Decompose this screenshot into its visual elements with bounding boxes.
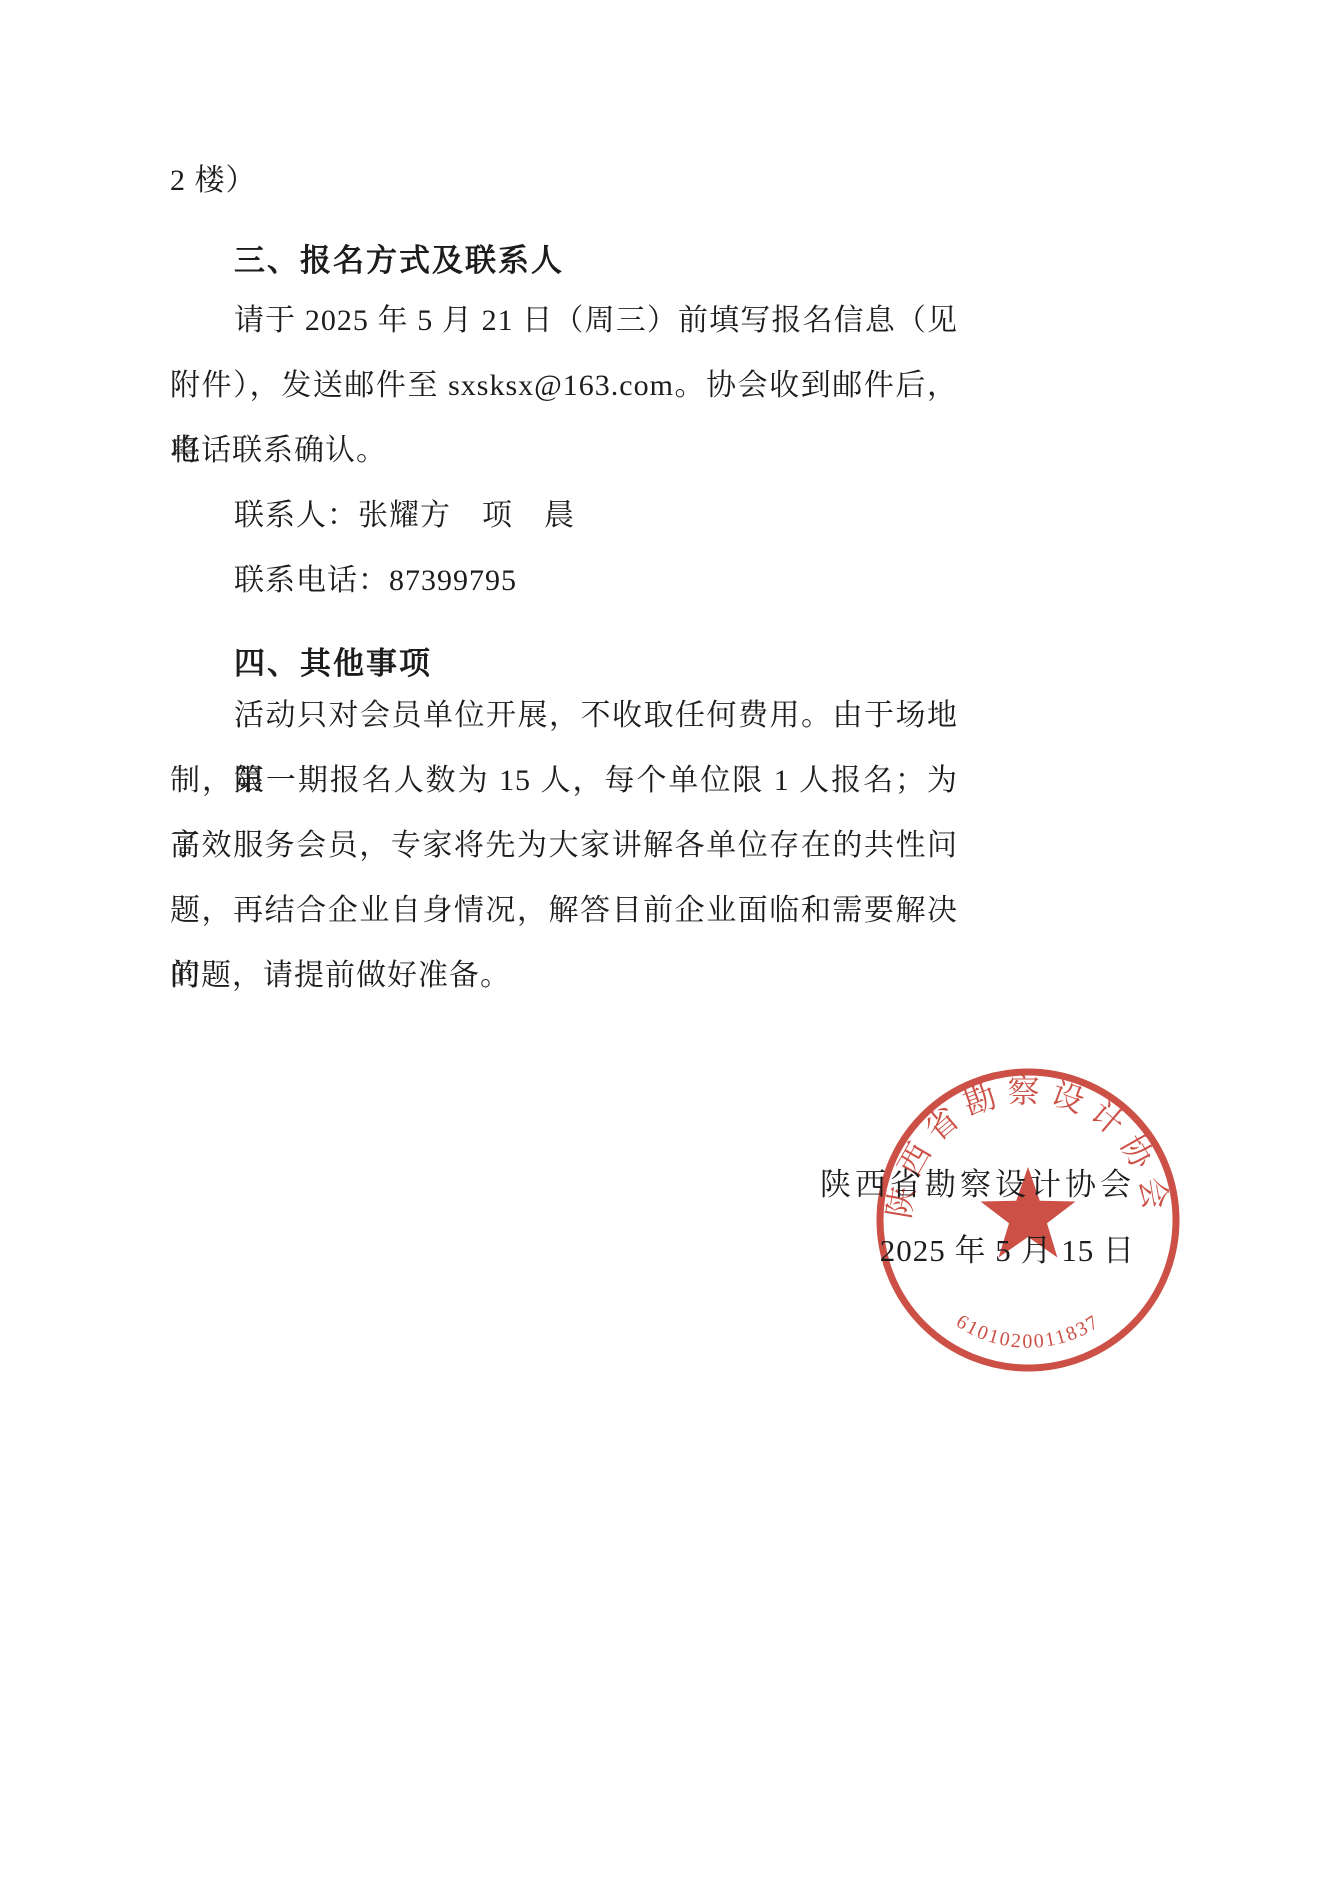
section-heading-4: 四、其他事项 [170, 638, 958, 683]
signature-org: 陕西省勘察设计协会 [820, 1152, 1135, 1218]
contact-person-line: 联系人：张耀方 项 晨 [170, 483, 958, 548]
paragraph-line: 请于 2025 年 5 月 21 日（周三）前填写报名信息（见 [170, 288, 958, 353]
paragraph-line: 制，第一期报名人数为 15 人，每个单位限 1 人报名；为了 [170, 748, 958, 813]
section-heading-3: 三、报名方式及联系人 [170, 235, 958, 280]
paragraph-line: 题，再结合企业自身情况，解答目前企业面临和需要解决的 [170, 878, 958, 943]
seal-code-text: 6101020011837 [952, 1311, 1104, 1353]
paragraph-line: 高效服务会员，专家将先为大家讲解各单位存在的共性问 [170, 813, 958, 878]
paragraph-line: 附件），发送邮件至 sxsksx@163.com。协会收到邮件后，将 [170, 353, 958, 418]
document-body: 2 楼） 三、报名方式及联系人 请于 2025 年 5 月 21 日（周三）前填… [170, 148, 958, 1008]
signature-block: 陕西省勘察设计协会 2025 年 5 月 15 日 [820, 1152, 1135, 1284]
leftover-line: 2 楼） [170, 148, 958, 213]
paragraph-line: 活动只对会员单位开展，不收取任何费用。由于场地限 [170, 683, 958, 748]
contact-phone-line: 联系电话：87399795 [170, 548, 958, 613]
paragraph-line: 问题，请提前做好准备。 [170, 943, 958, 1008]
signature-date: 2025 年 5 月 15 日 [820, 1218, 1135, 1284]
paragraph-line: 电话联系确认。 [170, 418, 958, 483]
